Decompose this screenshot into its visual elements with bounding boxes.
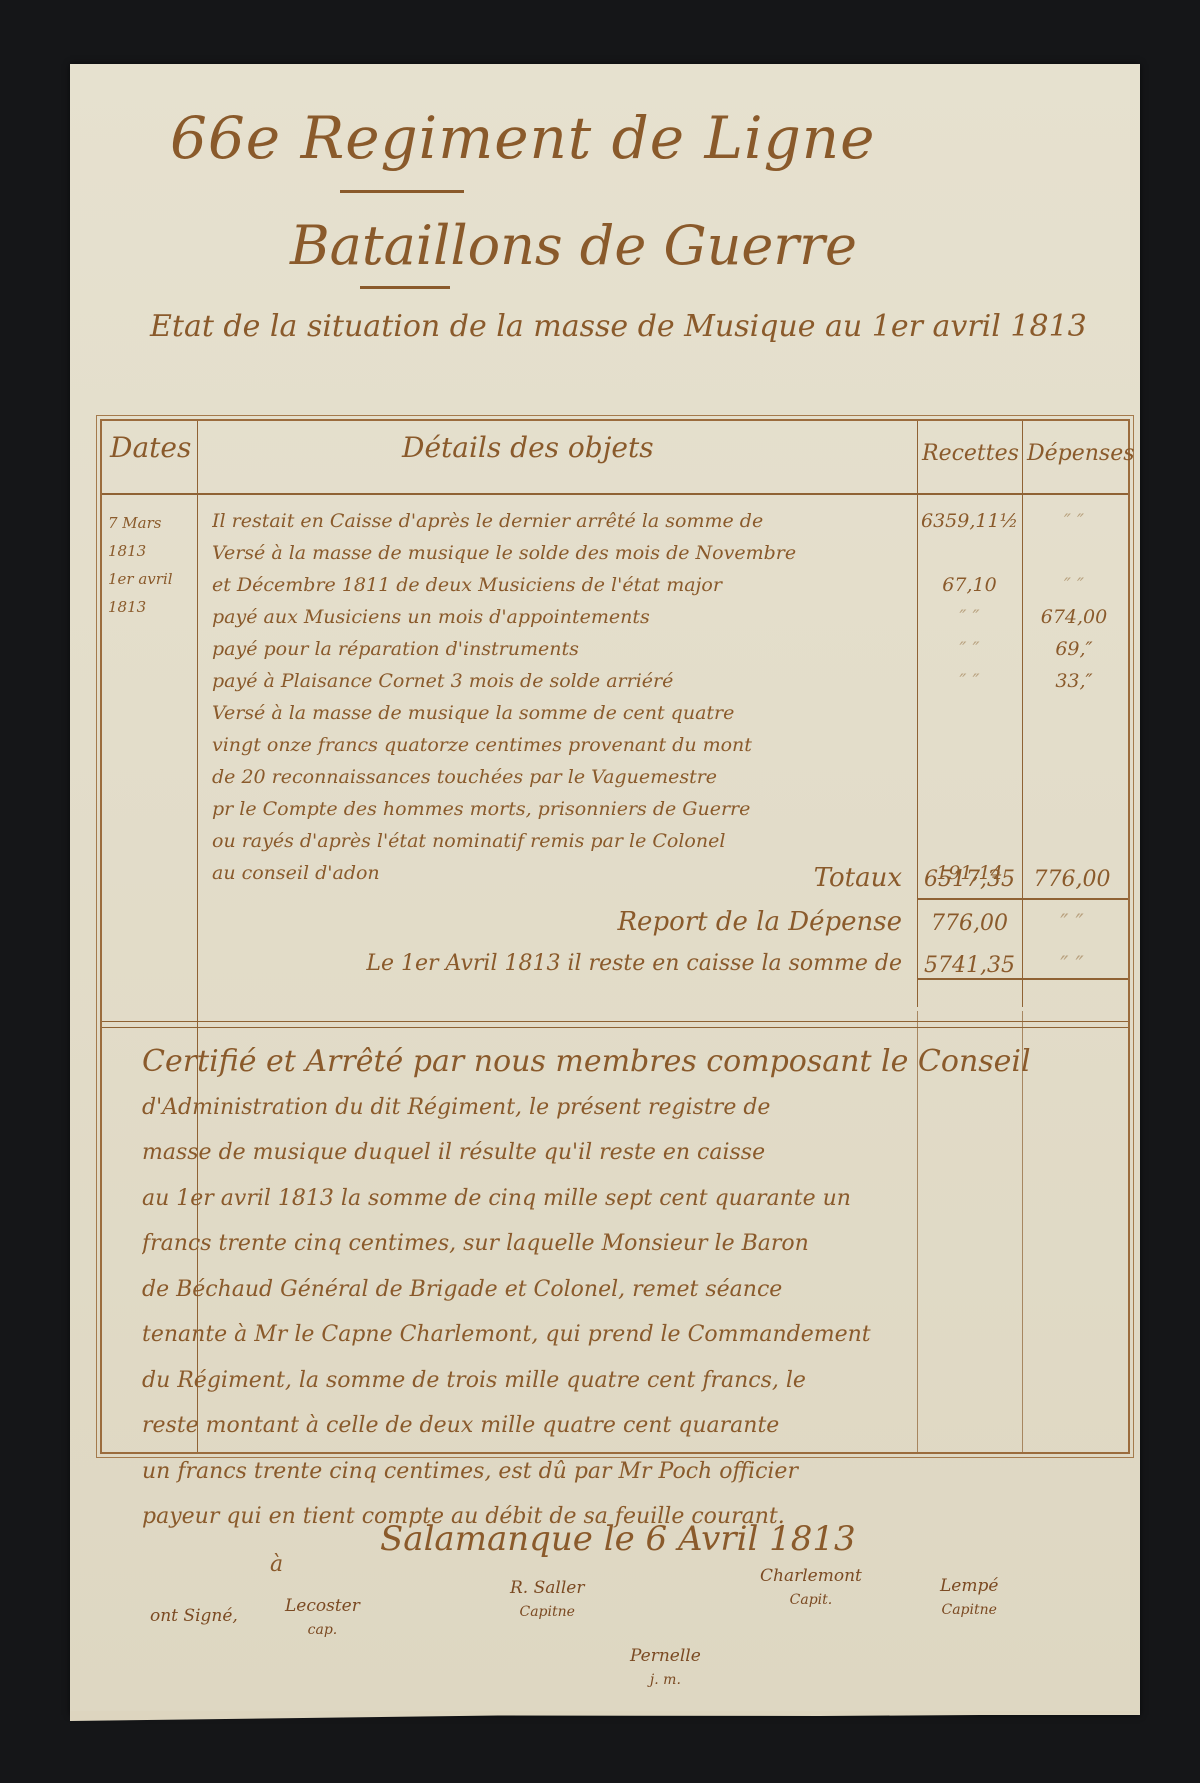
table-row: de 20 reconnaissances touchées par le Va… [212,761,912,793]
certification-line: un francs trente cinq centimes, est dû p… [142,1449,1102,1495]
certification-text: Certifié et Arrêté par nous membres comp… [142,1039,1102,1540]
report-expenses: ″ ″ [1022,911,1122,936]
date-entry: 1er avril 1813 [108,565,188,621]
signature-role: Capitne [940,1598,998,1622]
receipt-amount: ″ ″ [917,633,1022,665]
table-row: pr le Compte des hommes morts, prisonnie… [212,793,912,825]
certification-line: au 1er avril 1813 la somme de cinq mille… [142,1176,1102,1222]
subtitle-underline [360,286,450,289]
expense-amount: ″ ″ [1024,505,1124,537]
document-title: 66e Regiment de Ligne [170,104,875,172]
balance-receipts: 5741,35 [917,953,1022,978]
totals-label: Totaux [602,863,902,893]
place-prefix: à [270,1552,283,1577]
receipt-amount: ″ ″ [917,601,1022,633]
signature-role: j. m. [630,1668,701,1692]
header-expenses: Dépenses [1027,441,1135,466]
certification-line: d'Administration du dit Régiment, le pré… [142,1085,1102,1131]
signature-name: Lempé [940,1576,998,1596]
expenses-column: ″ ″ ″ ″ 674,00 69,″ 33,″ [1024,505,1124,889]
header-receipts: Recettes [922,441,1019,466]
details-column: Il restait en Caisse d'après le dernier … [212,505,912,889]
signature-role: cap. [285,1618,360,1642]
signature-name: R. Saller [510,1578,584,1598]
expense-amount [1024,761,1124,793]
certification-line: tenante à Mr le Capne Charlemont, qui pr… [142,1312,1102,1358]
receipt-amount [917,825,1022,857]
date-entry: 7 Mars 1813 [108,509,188,565]
signature-name: Lecoster [285,1596,360,1616]
signature-block: ont Signé, [150,1604,238,1628]
state-heading: Etat de la situation de la masse de Musi… [150,309,1130,344]
title-underline [340,190,464,193]
signature-block: Lecoster cap. [285,1594,360,1642]
totals-rule [917,898,1128,900]
receipt-amount: ″ ″ [917,665,1022,697]
document-subtitle: Bataillons de Guerre [290,214,857,277]
ledger-table: Dates Détails des objets Recettes Dépens… [100,419,1130,1454]
balance-label: Le 1er Avril 1813 il reste en caisse la … [212,951,902,976]
receipt-amount: 67,10 [917,569,1022,601]
receipts-column: 6359,11½ 67,10 ″ ″ ″ ″ ″ ″ 191,14 [917,505,1022,889]
table-row: Versé à la masse de musique le solde des… [212,537,912,569]
table-row: payé aux Musiciens un mois d'appointemen… [212,601,912,633]
certification-line: francs trente cinq centimes, sur laquell… [142,1221,1102,1267]
signature-role: Capit. [760,1588,862,1612]
signature-name: ont Signé, [150,1606,238,1626]
table-row: Versé à la masse de musique la somme de … [212,697,912,729]
balance-expenses: ″ ″ [1022,953,1122,978]
totals-expenses: 776,00 [1022,867,1122,892]
header-details: Détails des objets [402,431,654,464]
table-row: Il restait en Caisse d'après le dernier … [212,505,912,537]
table-row: et Décembre 1811 de deux Musiciens de l'… [212,569,912,601]
receipt-amount: 6359,11½ [917,505,1022,537]
table-row: vingt onze francs quatorze centimes prov… [212,729,912,761]
expense-amount [1024,697,1124,729]
receipt-amount [917,537,1022,569]
table-row: ou rayés d'après l'état nominatif remis … [212,825,912,857]
place-and-date: Salamanque le 6 Avril 1813 [380,1519,856,1559]
expense-amount: 33,″ [1024,665,1124,697]
certification-line: Certifié et Arrêté par nous membres comp… [142,1039,1102,1085]
certification-line: masse de musique duquel il résulte qu'il… [142,1130,1102,1176]
receipt-amount [917,761,1022,793]
expense-amount [1024,729,1124,761]
certification-line: reste montant à celle de deux mille quat… [142,1403,1102,1449]
certification-line: de Béchaud Général de Brigade et Colonel… [142,1267,1102,1313]
expense-amount [1024,537,1124,569]
expense-amount [1024,825,1124,857]
dates-column: 7 Mars 1813 1er avril 1813 [108,509,188,621]
document-page: 66e Regiment de Ligne Bataillons de Guer… [70,64,1140,1715]
expense-amount: 674,00 [1024,601,1124,633]
signature-block: R. Saller Capitne [510,1576,584,1624]
signature-block: Lempé Capitne [940,1574,998,1622]
table-row: payé à Plaisance Cornet 3 mois de solde … [212,665,912,697]
report-receipts: 776,00 [917,911,1022,936]
header-dates: Dates [110,431,191,464]
expense-amount: 69,″ [1024,633,1124,665]
signature-block: Charlemont Capit. [760,1564,862,1612]
table-row: payé pour la réparation d'instruments [212,633,912,665]
certification-line: du Régiment, la somme de trois mille qua… [142,1358,1102,1404]
expense-amount: ″ ″ [1024,569,1124,601]
expense-amount [1024,793,1124,825]
signature-block: Pernelle j. m. [630,1644,701,1692]
report-label: Report de la Dépense [502,907,902,937]
signature-name: Charlemont [760,1566,862,1586]
section-double-rule [102,1021,1128,1022]
receipt-amount [917,729,1022,761]
signature-name: Pernelle [630,1646,701,1666]
signature-role: Capitne [510,1600,584,1624]
header-rule [102,493,1128,495]
totals-receipts: 6517,35 [917,867,1022,892]
receipt-amount [917,697,1022,729]
receipt-amount [917,793,1022,825]
balance-rule [917,978,1128,980]
